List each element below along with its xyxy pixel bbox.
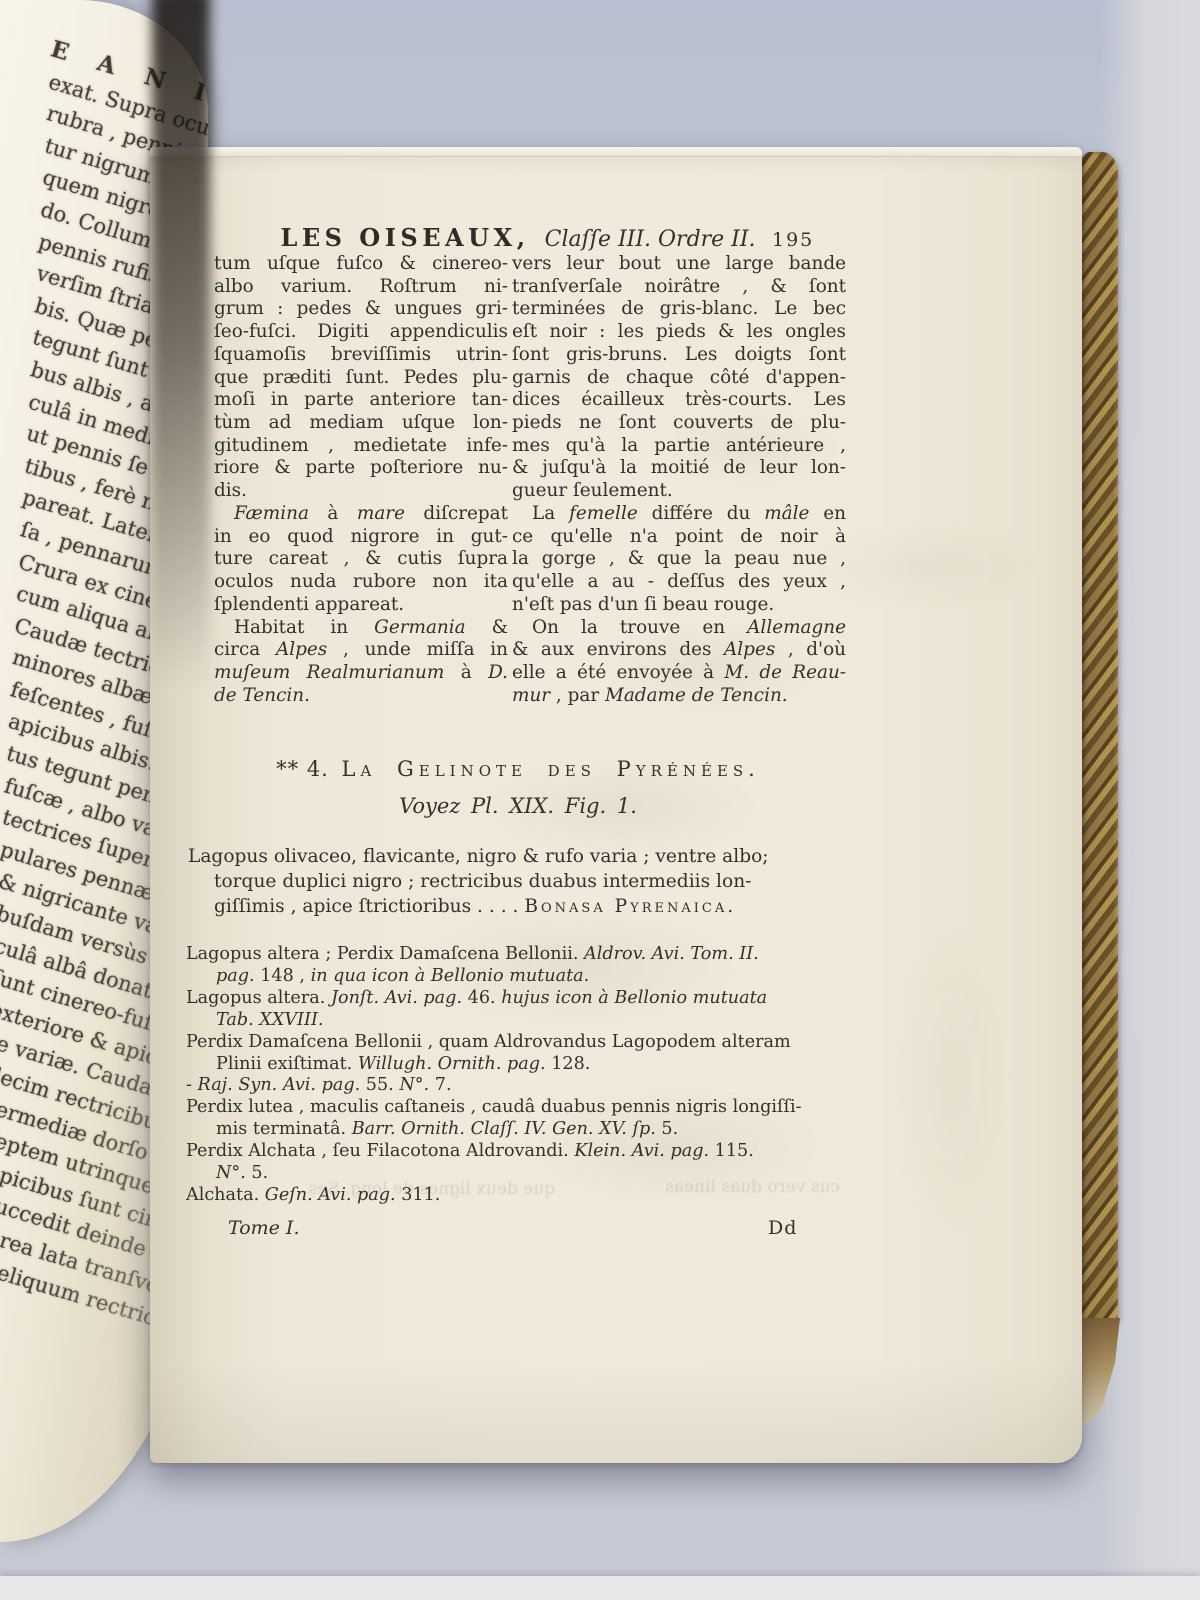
text-line: mur , par Madame de Tencin.	[512, 685, 846, 708]
species-title: La Gelinote des Pyrénées.	[342, 757, 760, 781]
text-line: n'eſt pas d'un ſi beau rouge.	[512, 594, 846, 617]
bibliography-line: Perdix lutea , maculis caſtaneis , caudâ…	[186, 1097, 860, 1119]
bibliography-line: - Raj. Syn. Avi. pag. 55. N°. 7.	[186, 1075, 860, 1097]
species-number: ** 4.	[276, 757, 329, 781]
text-line: dices écailleux très-courts. Les	[512, 389, 846, 412]
text-line: in eo quod nigrore in gut-	[214, 526, 508, 549]
text-line: tùm ad mediam uſque lon-	[214, 412, 508, 435]
text-line: moſi in parte anteriore tan-	[214, 389, 508, 412]
figure-reference: Voyez Pl. XIX. Fig. 1.	[186, 794, 850, 818]
diagnosis-line: torque duplici nigro ; rectricibus duabu…	[188, 870, 858, 895]
page-top-leaf-edges	[150, 147, 1082, 157]
text-line: qu'elle a au - deſſus des yeux ,	[512, 571, 846, 594]
text-line: terminées de gris-blanc. Le bec	[512, 298, 846, 321]
text-line: oculos nuda rubore non ita	[214, 571, 508, 594]
bibliography-line: Lagopus altera. Jonſt. Avi. pag. 46. huj…	[186, 988, 860, 1010]
text-line: tranſverſale noirâtre , & ſont	[512, 276, 846, 299]
text-line: de Tencin.	[214, 685, 508, 708]
book-page-recto: que deux lignes de long. Sescus vero dua…	[150, 147, 1082, 1463]
bibliography-line: Perdix Alchata , ſeu Filacotona Aldrovan…	[186, 1141, 860, 1163]
text-line: On la trouve en Allemagne	[512, 617, 846, 640]
text-line: ce qu'elle n'a point de noir à	[512, 526, 846, 549]
bibliography-line: mis terminatâ. Barr. Ornith. Claſſ. IV. …	[186, 1119, 860, 1141]
gutter-shadow	[152, 0, 210, 690]
bibliography-line: Lagopus altera ; Perdix Damaſcena Bellon…	[186, 944, 860, 966]
text-line: Habitat in Germania &	[214, 617, 508, 640]
text-line: gueur ſeulement.	[512, 480, 846, 503]
bibliography-entry: Perdix Damaſcena Bellonii , quam Aldrova…	[186, 1032, 860, 1076]
text-line: circa Alpes , unde miſſa in	[214, 639, 508, 662]
running-header-title: LES OISEAUX,	[280, 223, 529, 252]
text-line: ture careat , & cutis ſupra	[214, 548, 508, 571]
paragraph: Fæmina à mare diſcrepatin eo quod nigror…	[214, 503, 508, 617]
paragraph: Habitat in Germania &circa Alpes , unde …	[214, 617, 508, 708]
bibliography-entry: Perdix lutea , maculis caſtaneis , caudâ…	[186, 1097, 860, 1141]
page-footer: Tome I. Dd	[186, 1217, 850, 1247]
text-line: tum uſque fuſco & cinereo-	[214, 253, 508, 276]
diagnosis-line: Lagopus olivaceo, flavicante, nigro & ru…	[188, 845, 858, 870]
text-line: la gorge , & que la peau nue ,	[512, 548, 846, 571]
bibliography-entry: Lagopus altera. Jonſt. Avi. pag. 46. huj…	[186, 988, 860, 1032]
bibliography-line: Perdix Damaſcena Bellonii , quam Aldrova…	[186, 1032, 860, 1054]
diagnosis-line: giſſimis , apice ſtrictioribus . . . . B…	[188, 895, 858, 920]
paragraph: tum uſque fuſco & cinereo-albo varium. R…	[214, 253, 508, 503]
text-line: grum : pedes & ungues gri-	[214, 298, 508, 321]
text-line: vers leur bout une large bande	[512, 253, 846, 276]
bibliography-line: pag. 148 , in qua icon à Bellonio mutuat…	[186, 966, 860, 988]
bibliography-line: Tab. XXVIII.	[186, 1010, 860, 1032]
tome-label: Tome I.	[228, 1217, 299, 1239]
text-line: riore & parte poſteriore nu-	[214, 457, 508, 480]
paragraph: On la trouve en Allemagne& aux environs …	[512, 617, 846, 708]
text-line: gitudinem , medietate infe-	[214, 435, 508, 458]
bibliography-entry: Lagopus altera ; Perdix Damaſcena Bellon…	[186, 944, 860, 988]
text-column-french: vers leur bout une large bandetranſverſa…	[512, 253, 846, 707]
bibliography-line: Plinii exiſtimat. Willugh. Ornith. pag. …	[186, 1054, 860, 1076]
page-number: 195	[772, 229, 814, 251]
text-line: & juſqu'à la moitié de leur lon-	[512, 457, 846, 480]
gilt-fore-edge	[1080, 152, 1118, 1324]
latin-diagnosis: Lagopus olivaceo, flavicante, nigro & ru…	[188, 845, 858, 919]
text-line: dis.	[214, 480, 508, 503]
text-line: pieds ne ſont couverts de plu-	[512, 412, 846, 435]
book-photo-scene: E A N I M A Lexat. Supra oculosrubra , p…	[0, 0, 1200, 1600]
text-line: albo varium. Roſtrum ni-	[214, 276, 508, 299]
text-line: ſquamoſis breviſſimis utrin-	[214, 344, 508, 367]
paragraph: La femelle différe du mâle ence qu'elle …	[512, 503, 846, 617]
text-line: ſplendenti appareat.	[214, 594, 508, 617]
species-heading: ** 4. La Gelinote des Pyrénées.	[186, 757, 850, 781]
text-line: ſeo-fuſci. Digiti appendiculis	[214, 321, 508, 344]
text-column-latin: tum uſque fuſco & cinereo-albo varium. R…	[214, 253, 508, 707]
text-line: ſont gris-bruns. Les doigts ſont	[512, 344, 846, 367]
text-line: muſeum Realmurianum à D.	[214, 662, 508, 685]
bibliography-line: N°. 5.	[186, 1163, 860, 1185]
text-line: elle a été envoyée à M. de Reau-	[512, 662, 846, 685]
bibliography: Lagopus altera ; Perdix Damaſcena Bellon…	[186, 944, 860, 1207]
text-line: mes qu'à la partie antérieure ,	[512, 435, 846, 458]
table-edge	[0, 1576, 1200, 1600]
bibliography-line: Alchata. Geſn. Avi. pag. 311.	[186, 1185, 860, 1207]
text-line: La femelle différe du mâle en	[512, 503, 846, 526]
bibliography-entry: Alchata. Geſn. Avi. pag. 311.	[186, 1185, 860, 1207]
text-line: garnis de chaque côté d'appen-	[512, 367, 846, 390]
text-line: Fæmina à mare diſcrepat	[214, 503, 508, 526]
text-line: & aux environs des Alpes , d'où	[512, 639, 846, 662]
text-line: eſt noir : les pieds & les ongles	[512, 321, 846, 344]
text-line: que præditi ſunt. Pedes plu-	[214, 367, 508, 390]
paragraph: vers leur bout une large bandetranſverſa…	[512, 253, 846, 503]
signature-mark: Dd	[768, 1217, 797, 1239]
running-header-subtitle: Claſſe III. Ordre II.	[545, 227, 756, 252]
bibliography-entry: Perdix Alchata , ſeu Filacotona Aldrovan…	[186, 1141, 860, 1185]
running-header: LES OISEAUX, Claſſe III. Ordre II.	[186, 223, 850, 252]
bibliography-entry: - Raj. Syn. Avi. pag. 55. N°. 7.	[186, 1075, 860, 1097]
